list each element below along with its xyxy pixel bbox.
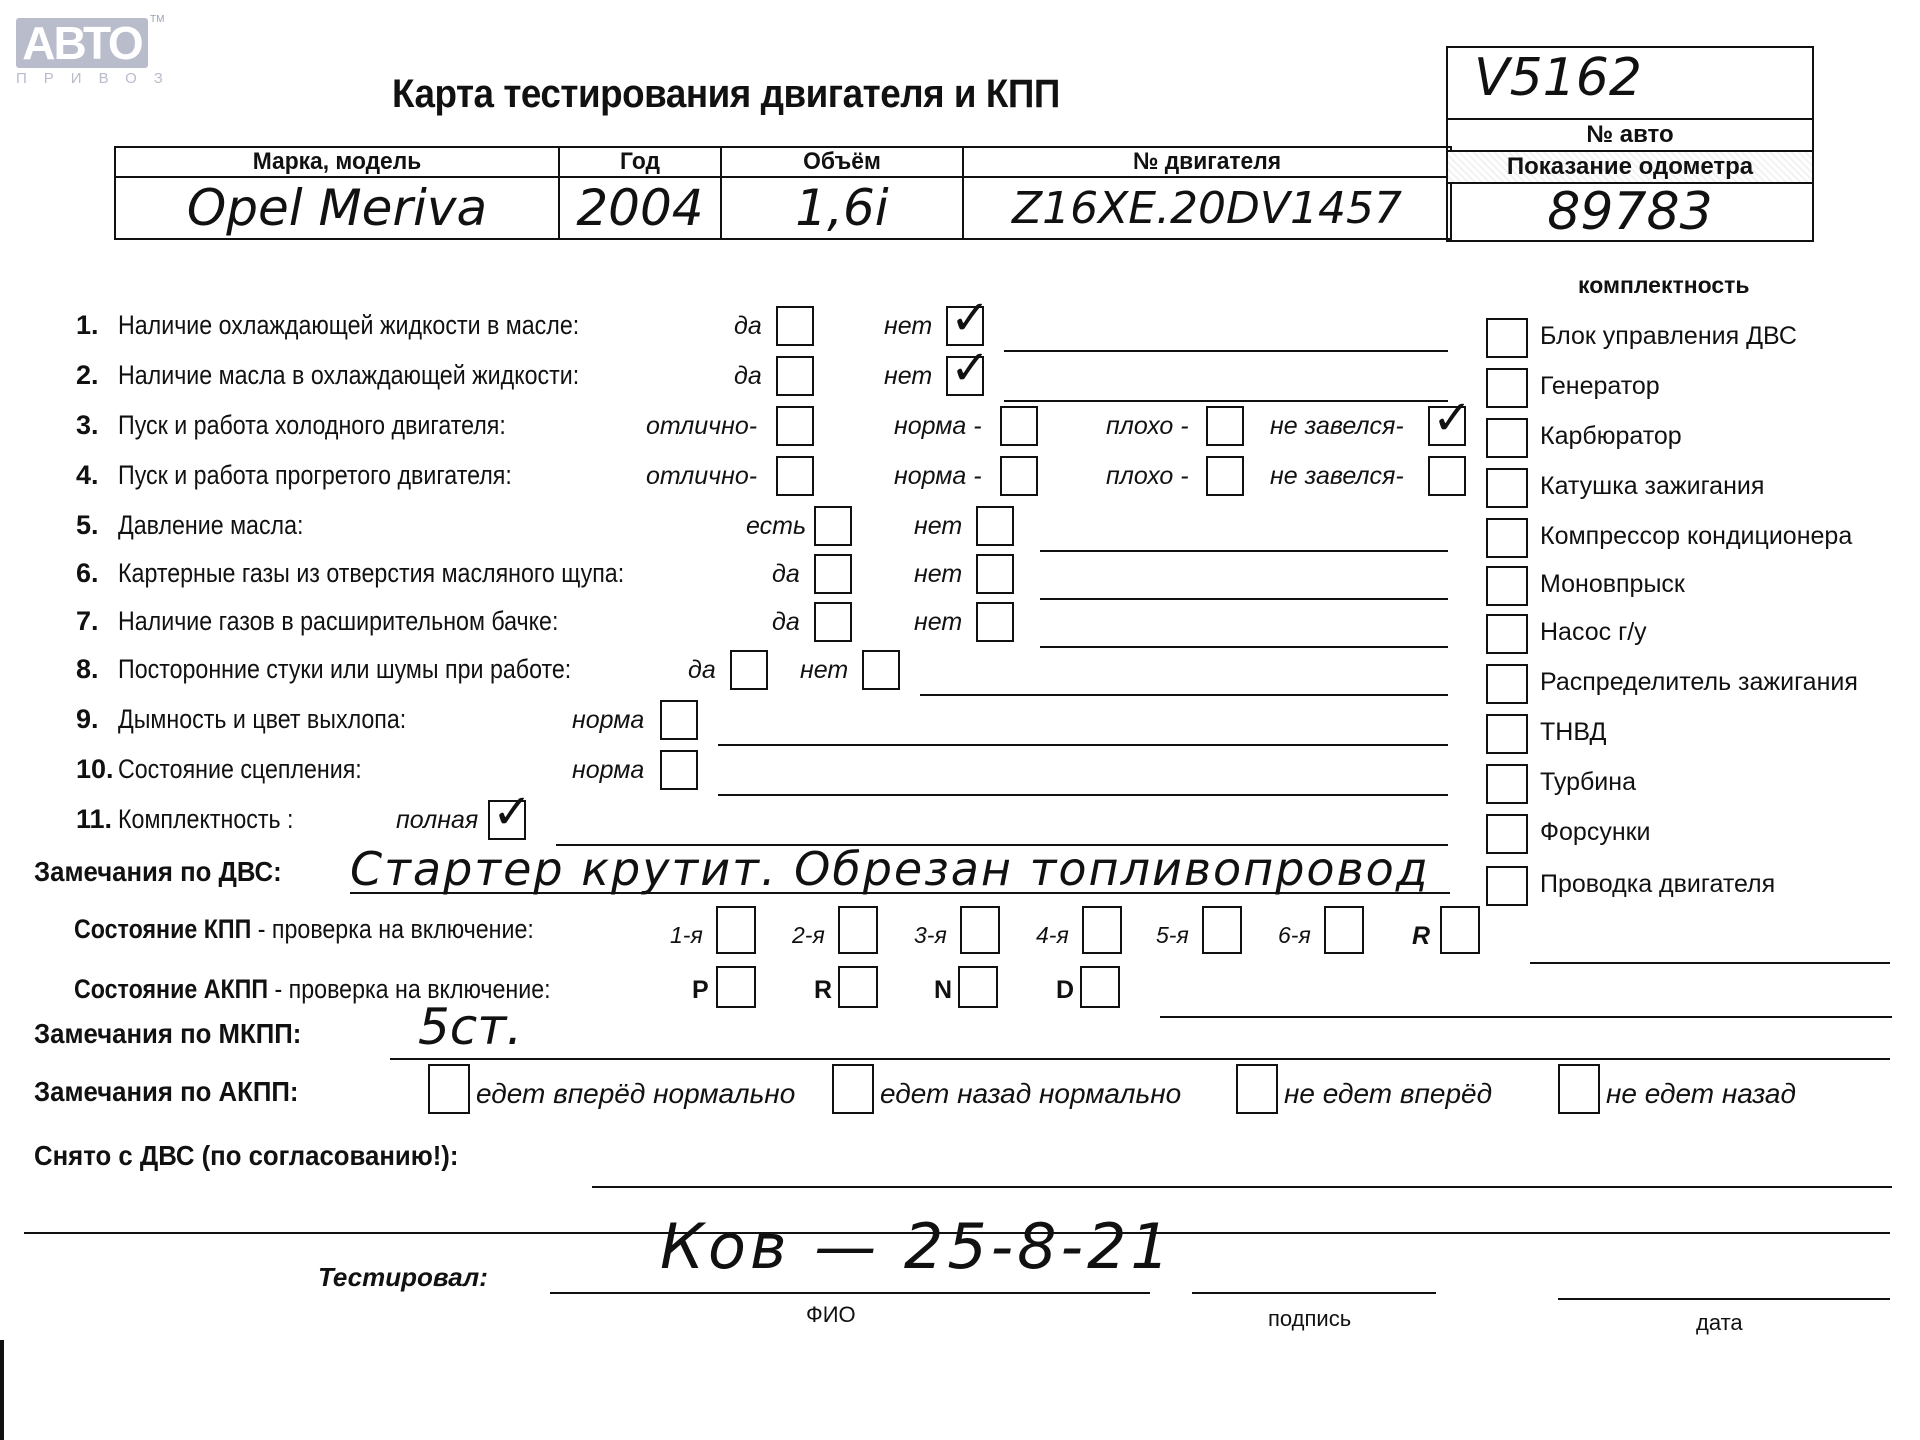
signature-line	[1192, 1292, 1436, 1294]
completeness-checkbox[interactable]	[1486, 764, 1528, 804]
auto-number-field[interactable]: V5162	[1448, 48, 1812, 118]
option-label: нет	[884, 362, 932, 391]
option-checkbox[interactable]	[660, 700, 698, 740]
checklist-comment-line[interactable]	[1040, 550, 1448, 552]
fio-line	[550, 1292, 1150, 1294]
scan-edge	[0, 1340, 4, 1440]
checklist-comment-line[interactable]	[1004, 400, 1448, 402]
checklist-item-number: 2.	[76, 360, 99, 391]
odometer-label: Показание одометра	[1448, 150, 1812, 182]
option-checkbox[interactable]	[776, 456, 814, 496]
option-checkbox[interactable]	[730, 650, 768, 690]
tested-by-label: Тестировал:	[318, 1262, 488, 1293]
gear-checkbox[interactable]	[1440, 906, 1480, 954]
header-engine-number: № двигателя	[975, 147, 1439, 177]
checklist-item-label: Наличие газов в расширительном бачке:	[118, 606, 558, 637]
option-label: нет	[914, 560, 962, 589]
option-checkbox[interactable]	[776, 406, 814, 446]
completeness-checkbox[interactable]	[1486, 418, 1528, 458]
checklist-item-label: Состояние сцепления:	[118, 754, 362, 785]
volume-field[interactable]: 1,6i	[721, 177, 963, 239]
checklist-comment-line[interactable]	[718, 794, 1448, 796]
option-checkbox[interactable]	[776, 306, 814, 346]
option-checkbox[interactable]: ✓	[1428, 406, 1466, 446]
manual-gearbox-label-rest: - проверка на включение:	[251, 914, 534, 944]
option-label: отлично-	[646, 412, 757, 441]
completeness-checkbox[interactable]	[1486, 714, 1528, 754]
option-label: норма -	[894, 412, 982, 441]
gear-label: 6-я	[1278, 922, 1311, 949]
logo-trademark: TM	[150, 14, 164, 25]
removed-label: Снято с ДВС (по согласованию!):	[34, 1140, 458, 1172]
checklist-item-number: 11.	[76, 804, 112, 835]
option-checkbox[interactable]	[1000, 406, 1038, 446]
completeness-item-label: Компрессор кондиционера	[1540, 522, 1852, 551]
engine-remarks-line	[350, 892, 1450, 894]
signature-label: подпись	[1268, 1306, 1351, 1332]
option-label: да	[734, 312, 762, 341]
option-label: отлично-	[646, 462, 757, 491]
option-label: нет	[884, 312, 932, 341]
option-label: плохо -	[1106, 412, 1189, 441]
gear-label: 5-я	[1156, 922, 1189, 949]
completeness-item-label: Карбюратор	[1540, 422, 1682, 451]
vehicle-table: Марка, модель Год Объём № двигателя Opel…	[114, 146, 1452, 240]
logo-subtitle: ПРИВОЗ	[16, 70, 180, 87]
option-checkbox[interactable]	[862, 650, 900, 690]
checklist-comment-line[interactable]	[1040, 598, 1448, 600]
gear-checkbox[interactable]	[838, 906, 878, 954]
option-label: плохо -	[1106, 462, 1189, 491]
option-checkbox[interactable]	[814, 554, 852, 594]
akpp-remark-label: едет назад нормально	[880, 1078, 1181, 1110]
completeness-item-label: Турбина	[1540, 768, 1636, 797]
checkmark-icon: ✓	[1432, 394, 1472, 442]
option-label: норма	[572, 756, 644, 785]
akpp-remark-label: едет вперёд нормально	[476, 1078, 795, 1110]
completeness-item-label: Катушка зажигания	[1540, 472, 1764, 501]
option-label: не завелся-	[1270, 462, 1404, 491]
option-checkbox[interactable]	[976, 554, 1014, 594]
mkpp-remarks-field[interactable]: 5ст.	[418, 998, 522, 1056]
mkpp-remarks-label: Замечания по МКПП:	[34, 1018, 301, 1050]
option-label: да	[734, 362, 762, 391]
page-title: Карта тестирования двигателя и КПП	[392, 72, 1060, 117]
checklist-item-number: 3.	[76, 410, 99, 441]
removed-line[interactable]	[592, 1186, 1892, 1188]
gear-label: 1-я	[670, 922, 703, 949]
checklist-item-number: 7.	[76, 606, 99, 637]
odometer-field[interactable]: 89783	[1448, 182, 1812, 240]
akpp-remark-label: не едет вперёд	[1284, 1078, 1492, 1110]
gear-label: 2-я	[792, 922, 825, 949]
engine-remarks-line-2	[1530, 962, 1890, 964]
checklist-comment-line[interactable]	[718, 744, 1448, 746]
logo: АВТО	[16, 18, 148, 68]
gear-label: N	[934, 976, 952, 1005]
option-label: да	[772, 560, 800, 589]
akpp-remarks-label: Замечания по АКПП:	[34, 1076, 298, 1108]
checklist-item-number: 9.	[76, 704, 99, 735]
checklist-item-label: Наличие масла в охлаждающей жидкости:	[118, 360, 579, 391]
gear-checkbox[interactable]	[1324, 906, 1364, 954]
gear-checkbox[interactable]	[1082, 906, 1122, 954]
completeness-checkbox[interactable]	[1486, 814, 1528, 854]
option-checkbox[interactable]: ✓	[946, 356, 984, 396]
option-label: да	[688, 656, 716, 685]
year-field[interactable]: 2004	[559, 177, 721, 239]
option-checkbox[interactable]	[1206, 406, 1244, 446]
completeness-item-label: Форсунки	[1540, 818, 1651, 847]
completeness-item-label: Блок управления ДВС	[1540, 322, 1797, 351]
option-checkbox[interactable]	[1206, 456, 1244, 496]
checklist-item-label: Наличие охлаждающей жидкости в масле:	[118, 310, 579, 341]
option-label: нет	[914, 608, 962, 637]
option-checkbox[interactable]: ✓	[488, 800, 526, 840]
engine-number-field[interactable]: Z16XE.20DV1457	[963, 177, 1451, 239]
auto-gearbox-line	[1160, 1016, 1892, 1018]
completeness-checkbox[interactable]	[1486, 368, 1528, 408]
checklist-item-number: 4.	[76, 460, 99, 491]
make-model-field[interactable]: Opel Meriva	[115, 177, 559, 239]
checkmark-icon: ✓	[950, 294, 990, 342]
completeness-checkbox[interactable]	[1486, 614, 1528, 654]
checklist-item-label: Посторонние стуки или шумы при работе:	[118, 654, 571, 685]
manual-gearbox-label: Состояние КПП - проверка на включение:	[74, 914, 534, 945]
checklist-item-number: 5.	[76, 510, 99, 541]
gear-checkbox[interactable]	[838, 966, 878, 1008]
manual-gearbox-label-bold: Состояние КПП	[74, 914, 251, 944]
checklist-item-label: Комплектность :	[118, 804, 293, 835]
option-label: полная	[396, 806, 478, 835]
completeness-item-label: Моновпрыск	[1540, 570, 1685, 599]
fio-label: ФИО	[806, 1302, 856, 1328]
auto-number-label: № авто	[1448, 118, 1812, 150]
gear-label: D	[1056, 976, 1074, 1005]
completeness-item-label: Распределитель зажигания	[1540, 668, 1858, 697]
completeness-item-label: ТНВД	[1540, 718, 1606, 747]
auto-info-box: V5162 № авто Показание одометра 89783	[1446, 46, 1814, 242]
option-label: нет	[800, 656, 848, 685]
date-line	[1558, 1298, 1890, 1300]
option-label: нет	[914, 512, 962, 541]
akpp-remark-checkbox[interactable]	[1236, 1064, 1278, 1114]
option-label: есть	[746, 512, 806, 541]
mkpp-remarks-line	[390, 1058, 1890, 1060]
auto-gearbox-label-bold: Состояние АКПП	[74, 974, 268, 1004]
checklist-item-label: Пуск и работа холодного двигателя:	[118, 410, 506, 441]
completeness-checkbox[interactable]	[1486, 664, 1528, 704]
checkmark-icon: ✓	[950, 344, 990, 392]
gear-label: 3-я	[914, 922, 947, 949]
option-label: норма -	[894, 462, 982, 491]
completeness-checkbox[interactable]	[1486, 318, 1528, 358]
option-label: норма	[572, 706, 644, 735]
gear-checkbox[interactable]	[716, 906, 756, 954]
header-volume: Объём	[727, 147, 957, 177]
completeness-checkbox[interactable]	[1486, 468, 1528, 508]
option-label: не завелся-	[1270, 412, 1404, 441]
checklist-item-number: 10.	[76, 754, 114, 785]
akpp-remark-label: не едет назад	[1606, 1078, 1796, 1110]
gear-label: P	[692, 976, 709, 1005]
completeness-item-label: Насос г/у	[1540, 618, 1647, 647]
engine-remarks-label: Замечания по ДВС:	[34, 856, 282, 888]
header-make-model: Марка, модель	[126, 147, 548, 177]
gear-checkbox[interactable]	[716, 966, 756, 1008]
checklist-comment-line[interactable]	[1040, 646, 1448, 648]
header-year: Год	[563, 147, 717, 177]
completeness-checkbox[interactable]	[1486, 518, 1528, 558]
checklist-item-label: Дымность и цвет выхлопа:	[118, 704, 406, 735]
completeness-item-label: Проводка двигателя	[1540, 870, 1775, 899]
gear-label: R	[1412, 922, 1430, 951]
akpp-remark-checkbox[interactable]	[1558, 1064, 1600, 1114]
gear-label: 4-я	[1036, 922, 1069, 949]
tested-by-handwriting[interactable]: Ков — 25-8-21	[660, 1210, 1174, 1283]
option-checkbox[interactable]	[1428, 456, 1466, 496]
checklist-item-label: Пуск и работа прогретого двигателя:	[118, 460, 512, 491]
option-checkbox[interactable]	[976, 506, 1014, 546]
option-checkbox[interactable]	[814, 602, 852, 642]
akpp-remark-checkbox[interactable]	[428, 1064, 470, 1114]
option-label: да	[772, 608, 800, 637]
checkmark-icon: ✓	[492, 788, 532, 836]
gear-label: R	[814, 976, 832, 1005]
completeness-title: комплектность	[1578, 272, 1750, 299]
checklist-item-label: Давление масла:	[118, 510, 303, 541]
checklist-comment-line[interactable]	[1004, 350, 1448, 352]
completeness-checkbox[interactable]	[1486, 866, 1528, 906]
akpp-remark-checkbox[interactable]	[832, 1064, 874, 1114]
completeness-checkbox[interactable]	[1486, 566, 1528, 606]
checklist-item-number: 8.	[76, 654, 99, 685]
gear-checkbox[interactable]	[1202, 906, 1242, 954]
checklist-comment-line[interactable]	[920, 694, 1448, 696]
checklist-item-number: 1.	[76, 310, 99, 341]
date-label: дата	[1696, 1310, 1743, 1336]
checklist-item-label: Картерные газы из отверстия масляного щу…	[118, 558, 624, 589]
gear-checkbox[interactable]	[958, 966, 998, 1008]
option-checkbox[interactable]	[776, 356, 814, 396]
option-checkbox[interactable]	[1000, 456, 1038, 496]
engine-remarks-field[interactable]: Стартер крутит. Обрезан топливопровод	[350, 842, 1430, 896]
gear-checkbox[interactable]	[960, 906, 1000, 954]
gear-checkbox[interactable]	[1080, 966, 1120, 1008]
option-checkbox[interactable]	[660, 750, 698, 790]
checklist-item-number: 6.	[76, 558, 99, 589]
completeness-item-label: Генератор	[1540, 372, 1660, 401]
option-checkbox[interactable]	[814, 506, 852, 546]
option-checkbox[interactable]	[976, 602, 1014, 642]
